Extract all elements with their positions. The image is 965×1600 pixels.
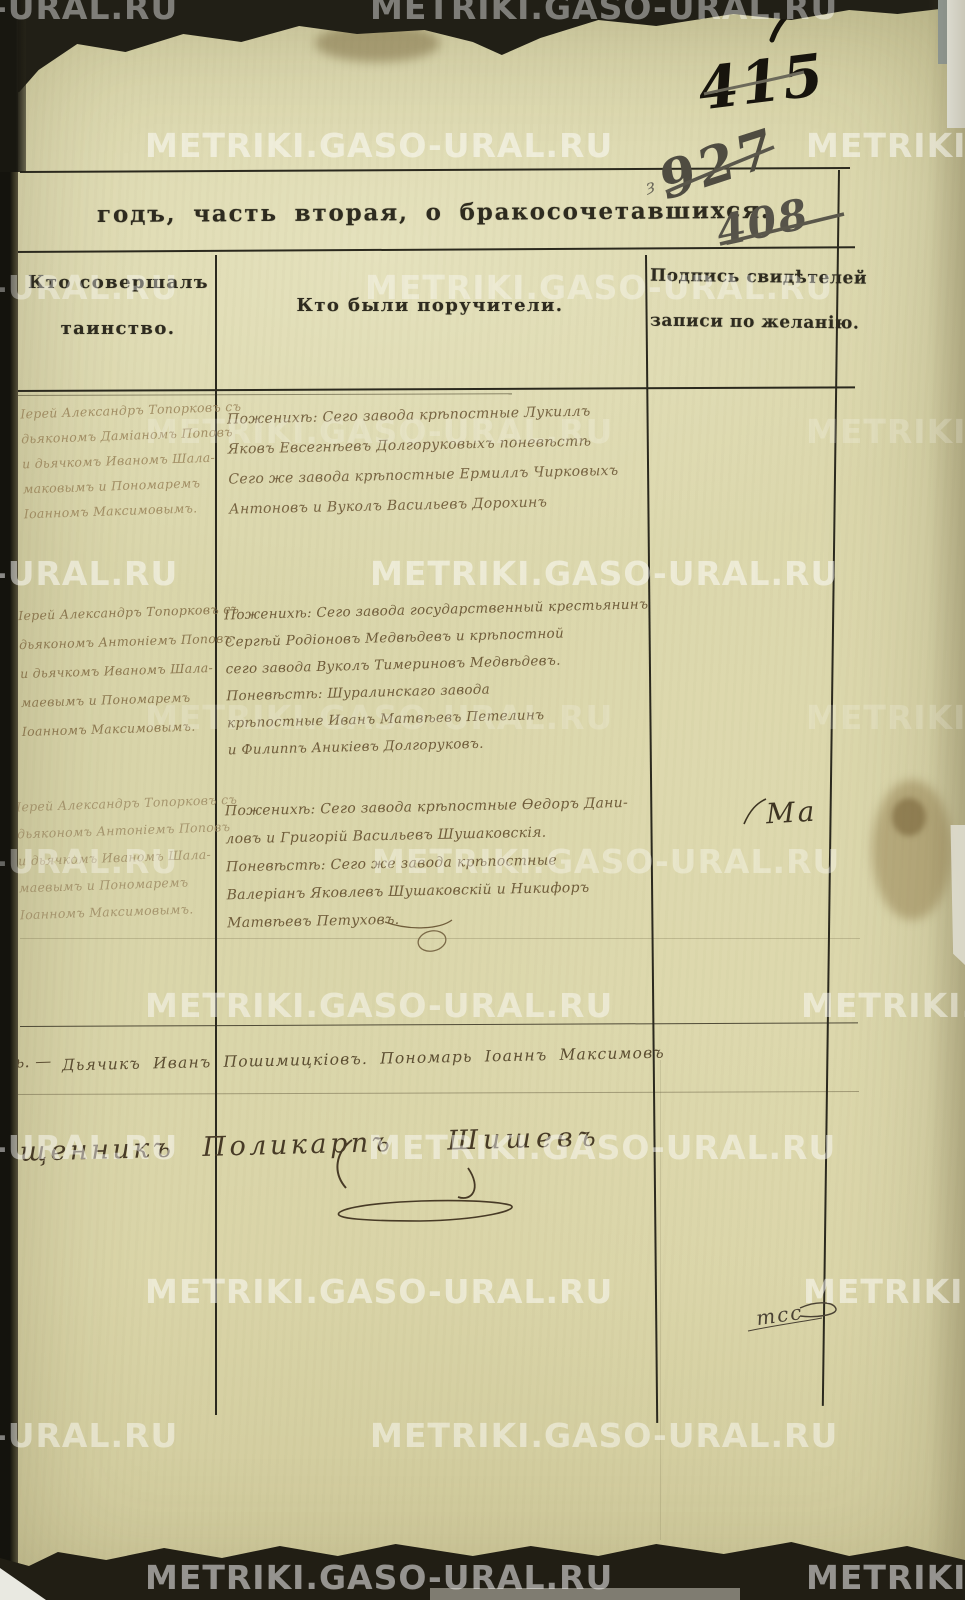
scanned-metric-book-page: годъ, часть вторая, о бракосочетавшихся.… xyxy=(0,0,965,1600)
column-header-witness-signature-line1: Подпись свидѣтелей xyxy=(650,266,850,289)
binding-edge-left-top xyxy=(0,0,26,172)
entry-2-guarantors: Поженихѣ: Сего завода государственный кр… xyxy=(224,592,643,765)
column-header-witness-signature-line2: записи по желанію. xyxy=(650,311,850,334)
crease-vertical xyxy=(660,1060,661,1540)
column-header-guarantors: Кто были поручители. xyxy=(220,295,640,316)
entry-1-guarantors: Поженихѣ: Сего завода крѣпостные Лукиллъ… xyxy=(227,395,642,524)
column-header-officiant-line2: таинство. xyxy=(28,318,208,339)
crease-horizontal xyxy=(20,938,860,939)
entry-line: Іоанномъ Максимовымъ. xyxy=(21,711,218,746)
entry-3-witness-mark: Ма xyxy=(765,795,818,831)
column-header-officiant-line1: Кто совершалъ xyxy=(28,272,208,293)
priest-signature-name: Шишевъ xyxy=(447,1122,601,1157)
entry-2-officiant: Іерей Александръ Топорковъ съ дьякономъ … xyxy=(18,595,218,746)
entry-3-guarantors: Поженихѣ: Сего завода крѣпостные Ѳедоръ … xyxy=(225,789,643,938)
entry-3-officiant: Іерей Александръ Топорковъ съ дьякономъ … xyxy=(16,787,217,929)
stain-right-edge-dark xyxy=(892,798,926,836)
page-edge-right-shade xyxy=(928,0,965,1600)
binding-edge-left xyxy=(0,0,18,1600)
bottom-light-strip xyxy=(430,1588,740,1600)
entry-1-officiant: Іерей Александръ Топорковъ съ дьякономъ … xyxy=(20,395,220,527)
